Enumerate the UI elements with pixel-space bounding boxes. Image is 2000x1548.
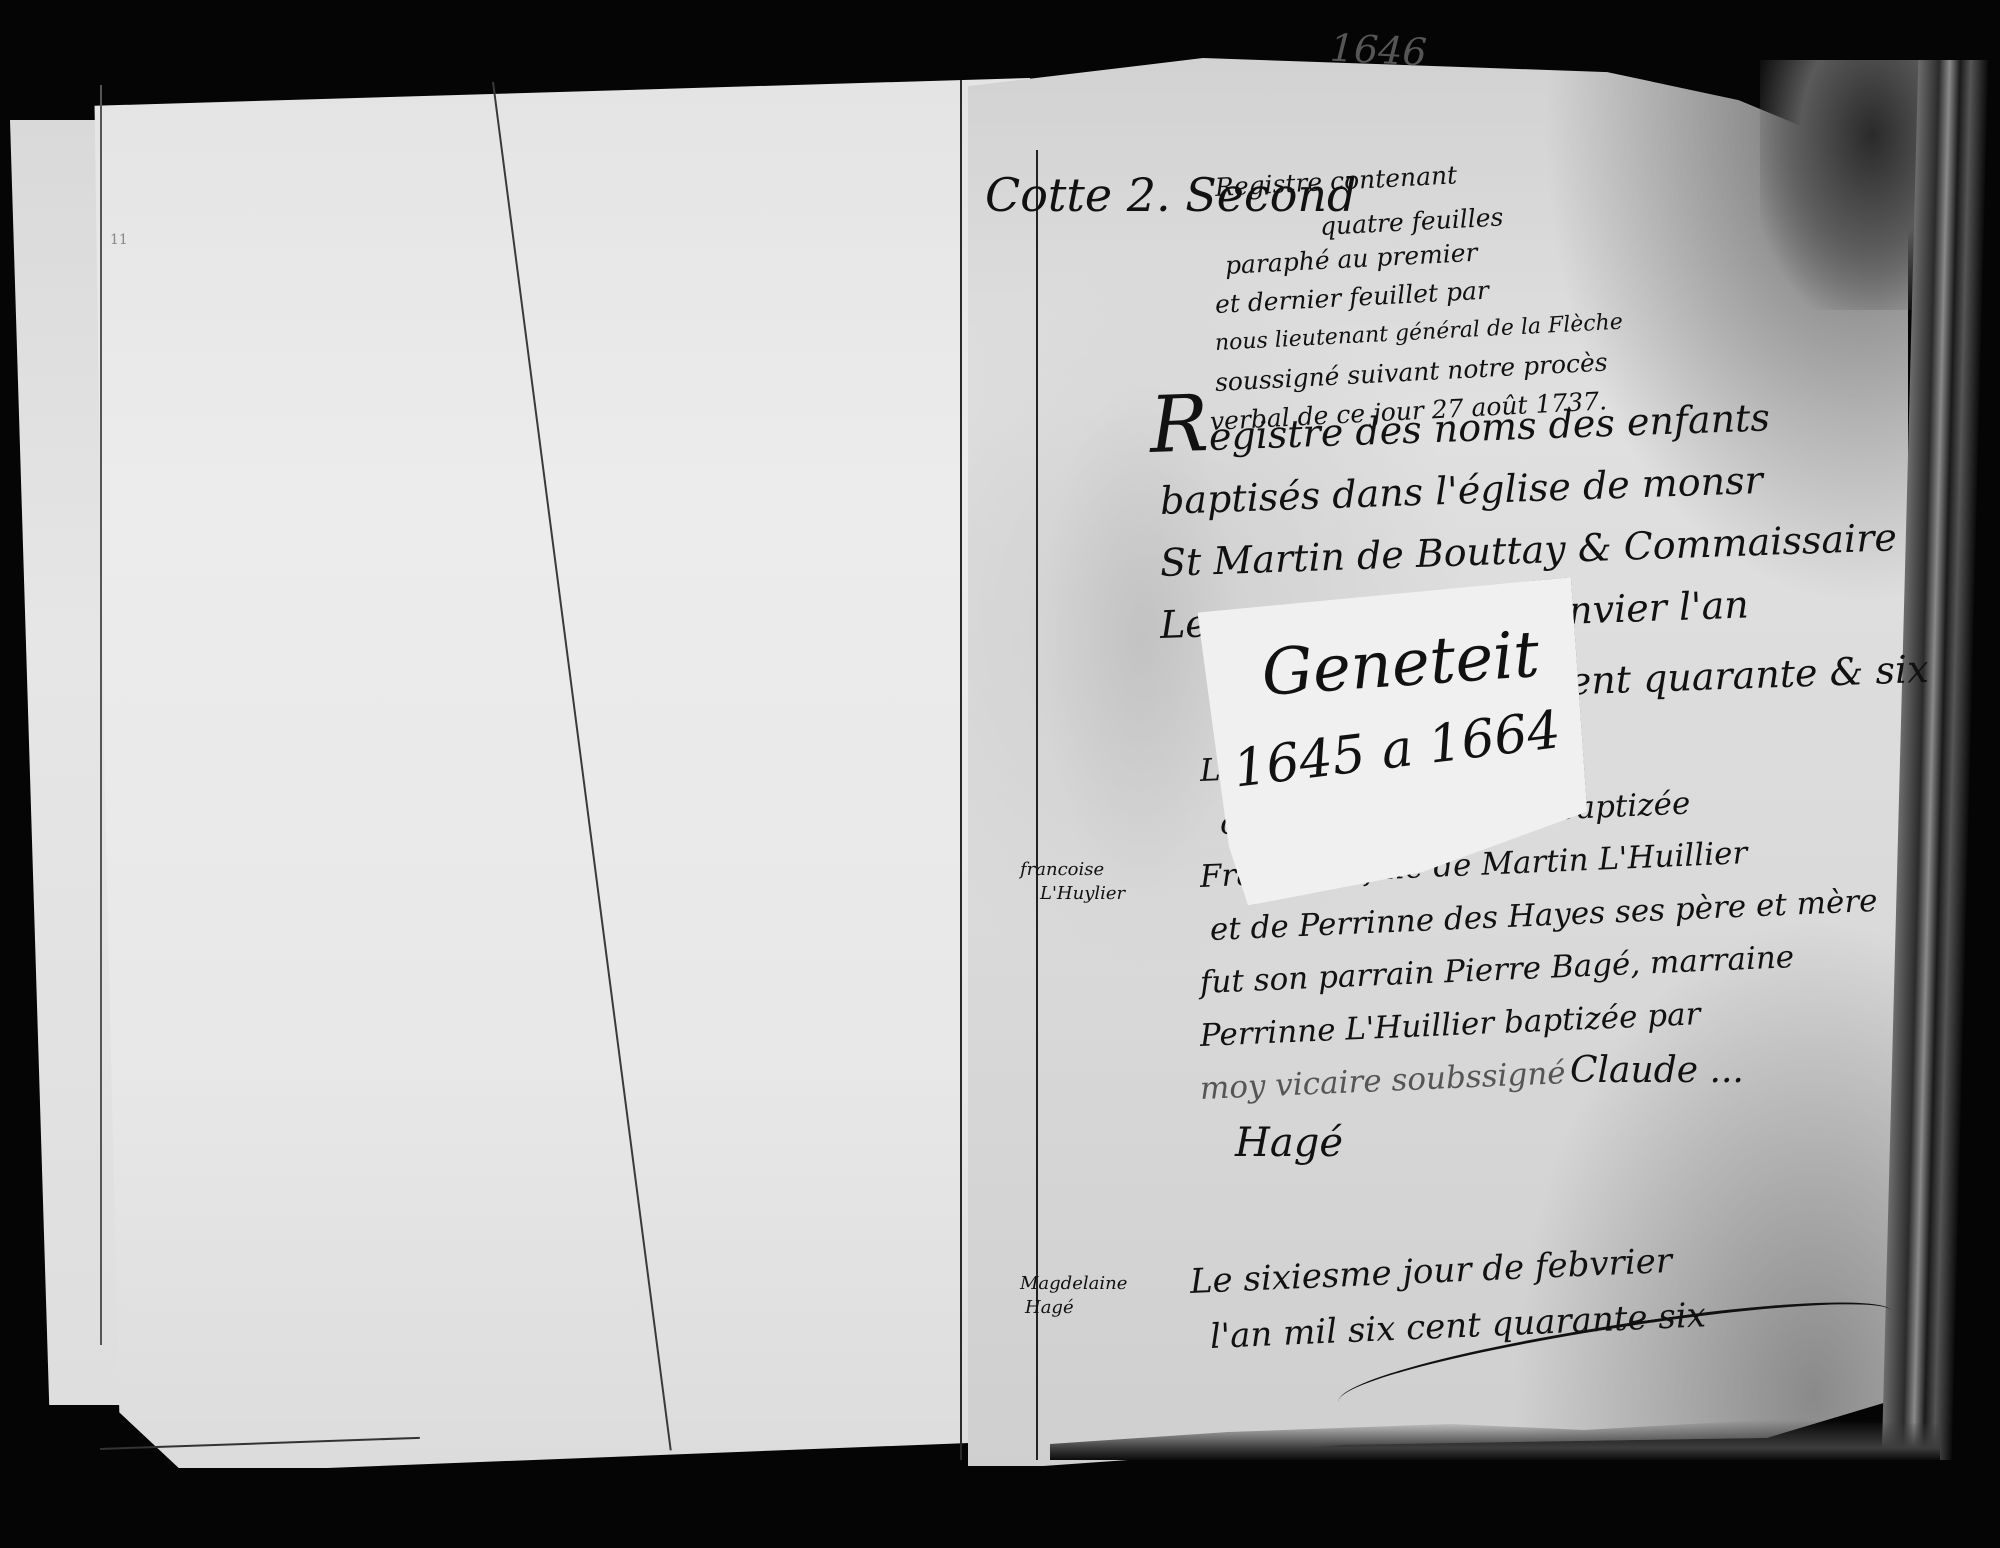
- folio-mark: 11: [110, 232, 128, 248]
- label-years: 1645 a 1664: [1230, 700, 1564, 800]
- page-number: 1646: [1329, 25, 1428, 74]
- margin-rule: [1036, 150, 1038, 1460]
- margin-name-line: francoise: [1020, 858, 1105, 882]
- margin-name-line: Hagé: [1025, 1296, 1132, 1320]
- margin-name-entry-2: Magdelaine Hagé: [1020, 1272, 1127, 1320]
- left-blank-sheet: [50, 78, 1040, 1468]
- signature-vicar: Claude ...: [1570, 1050, 1744, 1091]
- margin-name-entry-1: francoise L'Huylier: [1020, 858, 1105, 906]
- corner-damage: [1760, 60, 1920, 310]
- label-name: Geneteit: [1259, 618, 1541, 711]
- scanned-register-spread: 11 1646 Cotte 2. Second Registre contena…: [0, 0, 2000, 1548]
- left-sheet-edge: [100, 85, 102, 1345]
- margin-name-line: Magdelaine: [1020, 1272, 1127, 1296]
- folded-page-edge: [960, 80, 962, 1460]
- signature-hage: Hagé: [1235, 1120, 1343, 1166]
- margin-name-line: L'Huylier: [1040, 882, 1125, 906]
